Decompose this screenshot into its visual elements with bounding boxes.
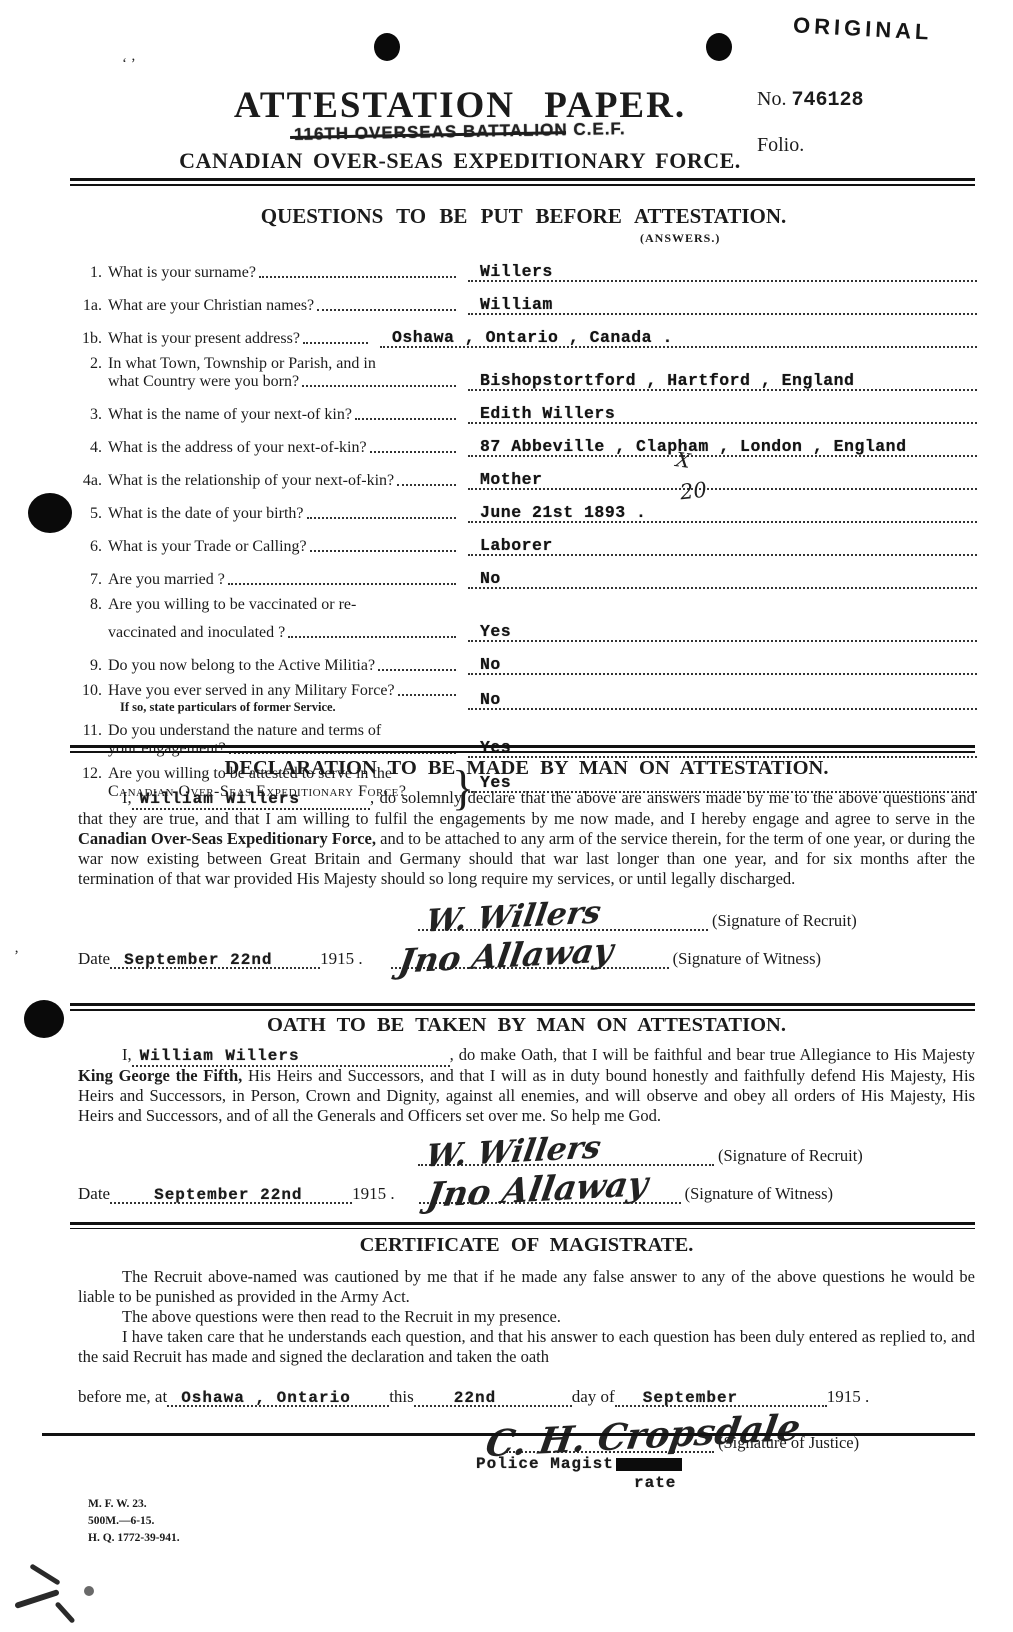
serial-number: 746128: [791, 89, 863, 112]
oath-date-row: Date September 22nd 1915 . Jno Allaway (…: [78, 1176, 975, 1204]
answer-value: 87 Abbeville , Clapham , London , Englan…: [480, 437, 906, 456]
answer-line: June 21st 1893 . 20: [468, 497, 977, 523]
oath-recruit-signature-row: W. Willers (Signature of Recruit): [78, 1138, 975, 1166]
declaration-body-bold: Canadian Over-Seas Expeditionary Force,: [78, 829, 376, 848]
divider-declaration: [70, 1003, 975, 1011]
answer-line: Oshawa , Ontario , Canada .: [380, 322, 977, 348]
question-row-10: 10.Have you ever served in any Military …: [70, 682, 977, 715]
question-number: 4a.: [70, 472, 108, 490]
question-number: 6.: [70, 538, 108, 556]
handwritten-note-20: 20: [679, 478, 708, 505]
question-number: 9.: [70, 657, 108, 675]
question-label: What is your Trade or Calling?: [108, 538, 307, 556]
justice-signature-row: C. H. Cropsdale (Signature of Justice): [78, 1425, 975, 1453]
dotted-leader: [370, 439, 456, 453]
dotted-leader: [259, 264, 456, 278]
answer-line: Edith Willers: [468, 398, 977, 424]
form-code-2: 500M.—6-15.: [88, 1513, 180, 1530]
divider-oath: [70, 1222, 975, 1229]
question-label: What is your surname?: [108, 264, 256, 282]
oath-paragraph: I,William Willers, do make Oath, that I …: [78, 1045, 975, 1126]
answer-line: No: [468, 649, 977, 675]
certificate-paragraph-3: I have taken care that he understands ea…: [78, 1327, 975, 1367]
question-number: 11.: [70, 722, 108, 740]
question-row-1b: 1b.What is your present address? Oshawa …: [70, 322, 977, 348]
certificate-section: CERTIFICATE OF MAGISTRATE. The Recruit a…: [78, 1234, 975, 1492]
signature-line: Jno Allaway: [419, 1176, 681, 1204]
question-number: 10.: [70, 682, 108, 700]
form-code-1: M. F. W. 23.: [88, 1496, 180, 1513]
battalion-stamp-wrap: 116TH OVERSEAS BATTALION C.E.F.: [180, 122, 740, 142]
scan-smudge: [84, 1586, 94, 1596]
answer-value: June 21st 1893 .: [480, 503, 646, 522]
answer-value: No: [480, 655, 501, 674]
answer-line: Yes: [468, 616, 977, 642]
question-row-1: 1.What is your surname? Willers: [70, 256, 977, 282]
serial-number-row: No. 746128: [757, 88, 863, 112]
dotted-leader: [228, 571, 456, 585]
oath-intro: I,: [122, 1045, 132, 1064]
question-label: What is your present address?: [108, 330, 300, 348]
question-row-4: 4.What is the address of your next-of-ki…: [70, 431, 977, 457]
question-label: Do you understand the nature and terms o…: [108, 722, 381, 740]
question-number: 7.: [70, 571, 108, 589]
question-label: In what Town, Township or Parish, and in: [108, 355, 376, 373]
question-row-4a: 4a.What is the relationship of your next…: [70, 464, 977, 490]
date-year: 1915 .: [352, 1184, 395, 1204]
certificate-paragraph-1: The Recruit above-named was cautioned by…: [78, 1267, 975, 1307]
signature-line: Jno Allaway: [391, 941, 669, 969]
date-typed-line: September 22nd: [110, 945, 320, 969]
month-typed: September: [643, 1389, 738, 1407]
answer-value: Bishopstortford , Hartford , England: [480, 371, 854, 390]
declaration-date-row: Date September 22nd 1915 . Jno Allaway (…: [78, 941, 975, 969]
date-label: Date: [78, 949, 110, 969]
question-row-3: 3.What is the name of your next-of kin? …: [70, 398, 977, 424]
divider-final: [42, 1433, 975, 1436]
question-row-9: 9.Do you now belong to the Active Militi…: [70, 649, 977, 675]
question-number: 3.: [70, 406, 108, 424]
answer-line: Laborer: [468, 530, 977, 556]
question-row-7: 7.Are you married ? No: [70, 563, 977, 589]
answer-value: Laborer: [480, 536, 553, 555]
punch-hole-left-lower: [24, 1000, 64, 1038]
answer-value: Mother: [480, 470, 542, 489]
force-subtitle: CANADIAN OVER-SEAS EXPEDITIONARY FORCE.: [120, 148, 800, 174]
dotted-leader: [303, 330, 368, 344]
oath-body-bold: King George the Fifth,: [78, 1066, 242, 1085]
question-number: 4.: [70, 439, 108, 457]
scan-smudge: [14, 1589, 60, 1609]
form-code-3: H. Q. 1772-39-941.: [88, 1530, 180, 1547]
dotted-leader: [397, 472, 456, 486]
oath-section: OATH TO BE TAKEN BY MAN ON ATTESTATION. …: [78, 1014, 975, 1204]
question-label-line2: what Country were you born?: [108, 373, 299, 391]
answer-line: Willers: [468, 256, 977, 282]
answer-value: Oshawa , Ontario , Canada .: [392, 328, 673, 347]
question-row-6: 6.What is your Trade or Calling? Laborer: [70, 530, 977, 556]
question-number: 2.: [70, 355, 108, 373]
questions-heading: QUESTIONS TO BE PUT BEFORE ATTESTATION.: [70, 204, 977, 229]
questions-section: QUESTIONS TO BE PUT BEFORE ATTESTATION. …: [70, 192, 977, 808]
answer-value: No: [480, 690, 501, 709]
header: ORIGINAL ATTESTATION PAPER. No. 746128 1…: [0, 0, 1013, 190]
recruit-name-typed: William Willers: [132, 790, 370, 810]
recruit-signature-label: (Signature of Recruit): [708, 911, 857, 931]
redaction-mark: [616, 1458, 682, 1471]
declaration-section: DECLARATION TO BE MADE BY MAN ON ATTESTA…: [78, 757, 975, 969]
question-row-2: 2.In what Town, Township or Parish, and …: [70, 355, 977, 391]
answer-value: Edith Willers: [480, 404, 615, 423]
dotted-leader: [302, 373, 456, 387]
certificate-paragraph-2: The above questions were then read to th…: [78, 1307, 975, 1327]
form-codes: M. F. W. 23. 500M.—6-15. H. Q. 1772-39-9…: [88, 1496, 180, 1547]
question-number: 1a.: [70, 297, 108, 315]
question-number: 1.: [70, 264, 108, 282]
before-me-label: before me, at: [78, 1387, 167, 1407]
declaration-paragraph: I,William Willers, do solemnly declare t…: [78, 788, 975, 889]
declaration-intro: I,: [122, 788, 132, 807]
month-typed-line: September: [615, 1383, 827, 1407]
question-row-5: 5.What is the date of your birth? June 2…: [70, 497, 977, 523]
oath-heading: OATH TO BE TAKEN BY MAN ON ATTESTATION.: [78, 1014, 975, 1037]
question-label: What are your Christian names?: [108, 297, 314, 315]
dotted-leader: [398, 682, 456, 696]
this-label: this: [389, 1387, 414, 1407]
witness-signature-label: (Signature of Witness): [681, 1184, 833, 1204]
cert-year: 1915 .: [827, 1387, 870, 1407]
date-typed: September 22nd: [124, 951, 272, 969]
answer-line: No: [468, 563, 977, 589]
page-title: ATTESTATION PAPER.: [180, 84, 740, 127]
answer-value: Willers: [480, 262, 553, 281]
dotted-leader: [288, 624, 456, 638]
date-typed: September 22nd: [154, 1186, 302, 1204]
question-label: What is the address of your next-of-kin?: [108, 439, 367, 457]
dotted-leader: [307, 505, 457, 519]
answer-line: Mother X: [468, 464, 977, 490]
question-number: 5.: [70, 505, 108, 523]
question-label: Have you ever served in any Military For…: [108, 682, 395, 700]
divider-header: [70, 178, 975, 186]
date-typed-line: September 22nd: [110, 1180, 352, 1204]
witness-signature-label: (Signature of Witness): [669, 949, 821, 969]
answer-value: No: [480, 569, 501, 588]
original-stamp: ORIGINAL: [792, 12, 933, 45]
answer-line: William: [468, 289, 977, 315]
certificate-text-1: The Recruit above-named was cautioned by…: [78, 1267, 975, 1306]
dotted-leader: [355, 406, 456, 420]
question-number: 1b.: [70, 330, 108, 348]
answer-value: Yes: [480, 622, 511, 641]
question-row-8: 8.Are you willing to be vaccinated or re…: [70, 596, 977, 642]
declaration-recruit-signature-row: W. Willers (Signature of Recruit): [78, 903, 975, 931]
signature-line: C. H. Cropsdale: [506, 1425, 714, 1453]
dotted-leader: [378, 657, 456, 671]
answers-label: (ANSWERS.): [640, 231, 977, 246]
handwritten-x-mark: X: [674, 447, 691, 473]
signature-line: W. Willers: [418, 903, 708, 931]
question-label: Do you now belong to the Active Militia?: [108, 657, 375, 675]
day-typed: 22nd: [454, 1389, 496, 1407]
before-me-row: before me, at Oshawa , Ontario this 22nd…: [78, 1383, 975, 1407]
date-label: Date: [78, 1184, 110, 1204]
answer-line: No: [468, 684, 977, 710]
question-label: Are you married ?: [108, 571, 225, 589]
place-typed-line: Oshawa , Ontario: [167, 1383, 389, 1407]
attestation-paper-page: ‘ ’ ’ ORIGINAL ATTESTATION PAPER. No. 74…: [0, 0, 1013, 1632]
question-label: What is the name of your next-of kin?: [108, 406, 352, 424]
battalion-stamp: 116TH OVERSEAS BATTALION C.E.F.: [294, 119, 626, 145]
oath-body: , do make Oath, that I will be faithful …: [450, 1045, 975, 1064]
recruit-signature-label: (Signature of Recruit): [714, 1146, 863, 1166]
recruit-name-typed: William Willers: [132, 1047, 450, 1067]
date-year: 1915 .: [320, 949, 363, 969]
magistrate-retyped: rate: [634, 1474, 676, 1492]
scan-smudge: [29, 1563, 60, 1585]
stray-mark: ’: [14, 948, 19, 965]
day-typed-line: 22nd: [414, 1383, 572, 1407]
question-sublabel: If so, state particulars of former Servi…: [120, 700, 458, 715]
dotted-leader: [317, 297, 456, 311]
scan-smudge: [54, 1601, 75, 1624]
dotted-leader: [310, 538, 456, 552]
question-number: 8.: [70, 596, 108, 614]
question-label: What is the date of your birth?: [108, 505, 304, 523]
punch-hole-left-upper: [28, 493, 72, 533]
signature-line: W. Willers: [418, 1138, 714, 1166]
question-label: What is the relationship of your next-of…: [108, 472, 394, 490]
question-row-1a: 1a.What are your Christian names? Willia…: [70, 289, 977, 315]
divider-questions: [70, 745, 975, 753]
certificate-heading: CERTIFICATE OF MAGISTRATE.: [78, 1234, 975, 1257]
serial-label: No.: [757, 88, 786, 110]
declaration-heading: DECLARATION TO BE MADE BY MAN ON ATTESTA…: [78, 757, 975, 780]
answer-value: William: [480, 295, 553, 314]
place-typed: Oshawa , Ontario: [181, 1389, 351, 1407]
answer-line: Bishopstortford , Hartford , England: [468, 365, 977, 391]
certificate-text-3: I have taken care that he understands ea…: [78, 1327, 975, 1366]
day-of-label: day of: [572, 1387, 615, 1407]
certificate-text-2: The above questions were then read to th…: [122, 1307, 561, 1326]
magistrate-retyped-row: rate: [634, 1474, 975, 1492]
question-label: Are you willing to be vaccinated or re-: [108, 596, 356, 614]
answer-line: 87 Abbeville , Clapham , London , Englan…: [468, 431, 977, 457]
question-label-line2: vaccinated and inoculated ?: [108, 624, 285, 642]
